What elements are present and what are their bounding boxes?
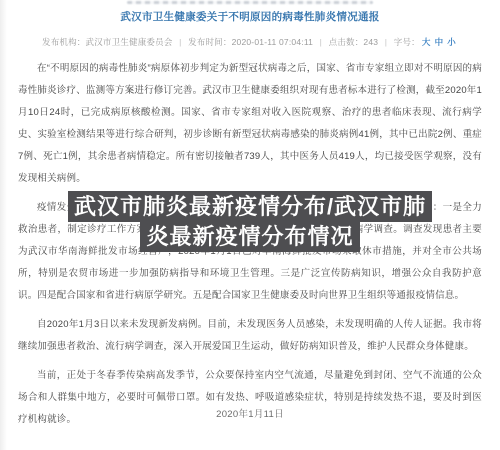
clicks-label: 点击数： [329, 37, 364, 47]
meta-separator: | [385, 37, 387, 47]
font-size-medium-link[interactable]: 中 [435, 37, 444, 47]
font-size-large-link[interactable]: 大 [422, 37, 431, 47]
article-meta: 发布机构：武汉市卫生健康委员会 | 发布时间：2020-01-11 07:04:… [0, 36, 500, 48]
article-page: 武汉市卫生健康委关于不明原因的病毒性肺炎情况通报 发布机构：武汉市卫生健康委员会… [0, 0, 500, 431]
publish-date: 2020年1月11日 [0, 406, 500, 420]
article-paragraph: 在“不明原因的病毒性肺炎”病原体初步判定为新型冠状病毒之后，国家、省市专家组立即… [18, 58, 482, 190]
publisher-value: 武汉市卫生健康委员会 [86, 37, 173, 47]
article-paragraph: 自2020年1月3日以来未发现新发病例。目前，未发现医务人员感染，未发现明确的人… [18, 314, 482, 358]
article-paragraph: 疫情发生以来，武汉市在国家和湖北省的支持下，各相关部门通力协作，防治工作有序进行… [18, 197, 482, 307]
article-paragraph: 当前，正处于冬春季传染病高发季节，公众要保持室内空气流通，尽量避免到封闭、空气不… [18, 365, 482, 431]
publisher-label: 发布机构： [42, 37, 86, 47]
article-title: 武汉市卫生健康委关于不明原因的病毒性肺炎情况通报 [30, 9, 470, 25]
meta-separator: | [179, 37, 181, 47]
meta-separator: | [320, 37, 322, 47]
publish-time-label: 发布时间： [188, 37, 232, 47]
font-size-small-link[interactable]: 小 [447, 37, 456, 47]
publish-time-value: 2020-01-11 07:04:11 [232, 37, 313, 47]
fontsize-label: 字号： [394, 37, 420, 47]
clicks-value: 243 [363, 37, 378, 47]
article-body: 在“不明原因的病毒性肺炎”病原体初步判定为新型冠状病毒之后，国家、省市专家组立即… [18, 58, 482, 431]
